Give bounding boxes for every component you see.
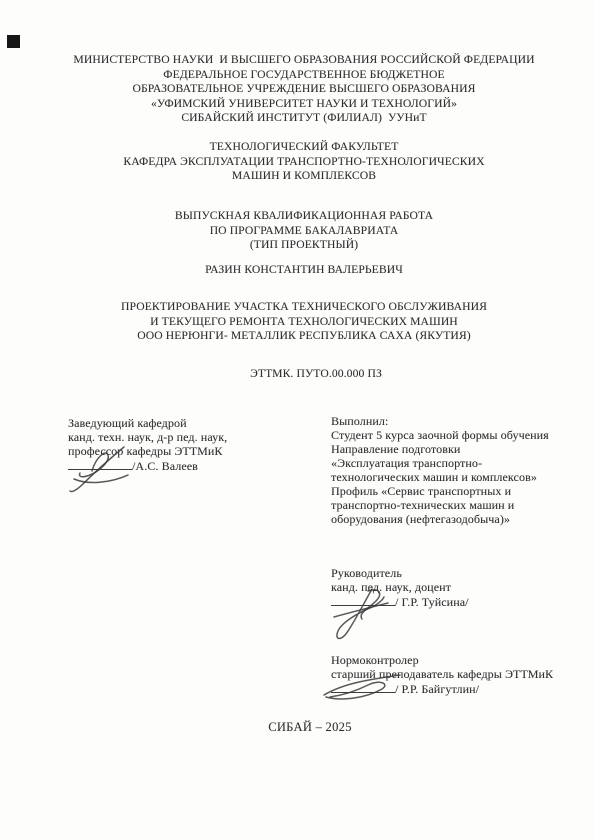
supervisor-label: Руководитель: [331, 566, 576, 580]
work-title: ПРОЕКТИРОВАНИЕ УЧАСТКА ТЕХНИЧЕСКОГО ОБСЛ…: [34, 300, 574, 344]
valeev-handwritten-signature: [62, 441, 152, 496]
title-page: МИНИСТЕРСТВО НАУКИ И ВЫСШЕГО ОБРАЗОВАНИЯ…: [0, 0, 594, 840]
header-line: ОБРАЗОВАТЕЛЬНОЕ УЧРЕЖДЕНИЕ ВЫСШЕГО ОБРАЗ…: [34, 82, 574, 97]
performer-line: Студент 5 курса заочной формы обучения: [331, 428, 576, 442]
faculty-line: КАФЕДРА ЭКСПЛУАТАЦИИ ТРАНСПОРТНО-ТЕХНОЛО…: [34, 155, 574, 170]
performer-line: Направление подготовки: [331, 442, 576, 456]
title-line: ООО НЕРЮНГИ- МЕТАЛЛИК РЕСПУБЛИКА САХА (Я…: [34, 329, 574, 344]
performer-line: транспортно-технических машин и: [331, 498, 576, 512]
tuysina-handwritten-signature: [328, 585, 403, 643]
city-year-footer: СИБАЙ – 2025: [40, 720, 580, 735]
header-line: ФЕДЕРАЛЬНОЕ ГОСУДАРСТВЕННОЕ БЮДЖЕТНОЕ: [34, 68, 574, 83]
signature-name: / Р.Р. Байгутлин/: [395, 682, 479, 696]
work-type-block: ВЫПУСКНАЯ КВАЛИФИКАЦИОННАЯ РАБОТА ПО ПРО…: [34, 209, 574, 253]
header-line: СИБАЙСКИЙ ИНСТИТУТ (ФИЛИАЛ) УУНиТ: [34, 111, 574, 126]
performer-line: «Эксплуатация транспортно-: [331, 456, 576, 470]
title-line: ПРОЕКТИРОВАНИЕ УЧАСТКА ТЕХНИЧЕСКОГО ОБСЛ…: [34, 300, 574, 315]
header-line: «УФИМСКИЙ УНИВЕРСИТЕТ НАУКИ И ТЕХНОЛОГИЙ…: [34, 97, 574, 112]
head-of-department-line: Заведующий кафедрой: [68, 416, 328, 430]
performer-label: Выполнил:: [331, 414, 576, 428]
faculty-block: ТЕХНОЛОГИЧЕСКИЙ ФАКУЛЬТЕТ КАФЕДРА ЭКСПЛУ…: [34, 140, 574, 184]
performer-line: Профиль «Сервис транспортных и: [331, 484, 576, 498]
ministry-header: МИНИСТЕРСТВО НАУКИ И ВЫСШЕГО ОБРАЗОВАНИЯ…: [34, 53, 574, 126]
faculty-line: ТЕХНОЛОГИЧЕСКИЙ ФАКУЛЬТЕТ: [34, 140, 574, 155]
normcontrol-label: Нормоконтролер: [331, 653, 581, 667]
signature-name: / Г.Р. Туйсина/: [395, 595, 469, 609]
baygutlin-handwritten-signature: [320, 671, 405, 703]
performer-line: технологических машин и комплексов»: [331, 470, 576, 484]
author-name: РАЗИН КОНСТАНТИН ВАЛЕРЬЕВИЧ: [34, 263, 574, 278]
header-line: МИНИСТЕРСТВО НАУКИ И ВЫСШЕГО ОБРАЗОВАНИЯ…: [34, 53, 574, 68]
work-type-line: (ТИП ПРОЕКТНЫЙ): [34, 238, 574, 253]
document-code: ЭТТМК. ПУТО.00.000 ПЗ: [46, 367, 586, 382]
work-type-line: ВЫПУСКНАЯ КВАЛИФИКАЦИОННАЯ РАБОТА: [34, 209, 574, 224]
faculty-line: МАШИН И КОМПЛЕКСОВ: [34, 169, 574, 184]
performer-block: Выполнил: Студент 5 курса заочной формы …: [331, 414, 576, 526]
title-line: И ТЕКУЩЕГО РЕМОНТА ТЕХНОЛОГИЧЕСКИХ МАШИН: [34, 315, 574, 330]
scan-artifact-square: [7, 35, 20, 48]
performer-line: оборудования (нефтегазодобыча)»: [331, 512, 576, 526]
work-type-line: ПО ПРОГРАММЕ БАКАЛАВРИАТА: [34, 224, 574, 239]
